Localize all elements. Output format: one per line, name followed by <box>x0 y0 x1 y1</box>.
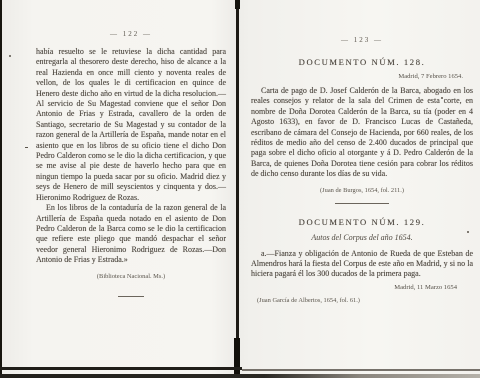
book-spine-top-mark <box>235 0 240 9</box>
document-128-body: Carta de pago de D. Josef Calderón de la… <box>251 86 473 180</box>
dust-speck <box>25 147 28 148</box>
book-scan: — 122 — había resuelto se le retuviese l… <box>0 0 480 378</box>
document-128-heading: DOCUMENTO NÚM. 128. <box>251 57 473 67</box>
document-129-source-note: (Juan García de Albertos, 1654, fol. 61.… <box>251 297 473 304</box>
left-page: — 122 — había resuelto se le retuviese l… <box>36 30 226 297</box>
document-129-dateline: Madrid, 11 Marzo 1654 <box>251 284 473 291</box>
left-page-number: — 122 — <box>36 30 226 38</box>
book-spine-bottom-mark <box>234 338 240 378</box>
document-129-heading: DOCUMENTO NÚM. 129. <box>251 217 473 227</box>
dust-speck <box>9 55 11 57</box>
scan-bottom-edge-left <box>0 367 242 370</box>
scan-bottom-shadow <box>0 374 480 378</box>
scan-left-edge-line <box>0 0 2 378</box>
right-page: — 123 — DOCUMENTO NÚM. 128. Madrid, 7 Fe… <box>251 36 473 304</box>
left-page-paragraph-2: En los libros de la contaduría de la raz… <box>36 203 226 265</box>
document-128-source-note: (Juan de Burgos, 1654, fol. 211.) <box>251 187 473 194</box>
right-page-number: — 123 — <box>251 36 473 44</box>
section-divider-rule <box>118 296 144 297</box>
left-page-paragraph-1: había resuelto se le retuviese la dicha … <box>36 47 226 203</box>
document-128-dateline: Madrid, 7 Febrero 1654. <box>251 73 473 80</box>
document-129-body: a.—Fianza y obligación de Antonio de Rue… <box>251 249 473 280</box>
section-divider-rule <box>335 203 389 204</box>
document-129-subtitle: Autos del Corpus del año 1654. <box>251 233 473 242</box>
scan-bottom-edge-right <box>242 369 480 371</box>
left-page-source-note: (Biblioteca Nacional. Ms.) <box>36 273 226 280</box>
book-spine-line <box>236 0 239 378</box>
